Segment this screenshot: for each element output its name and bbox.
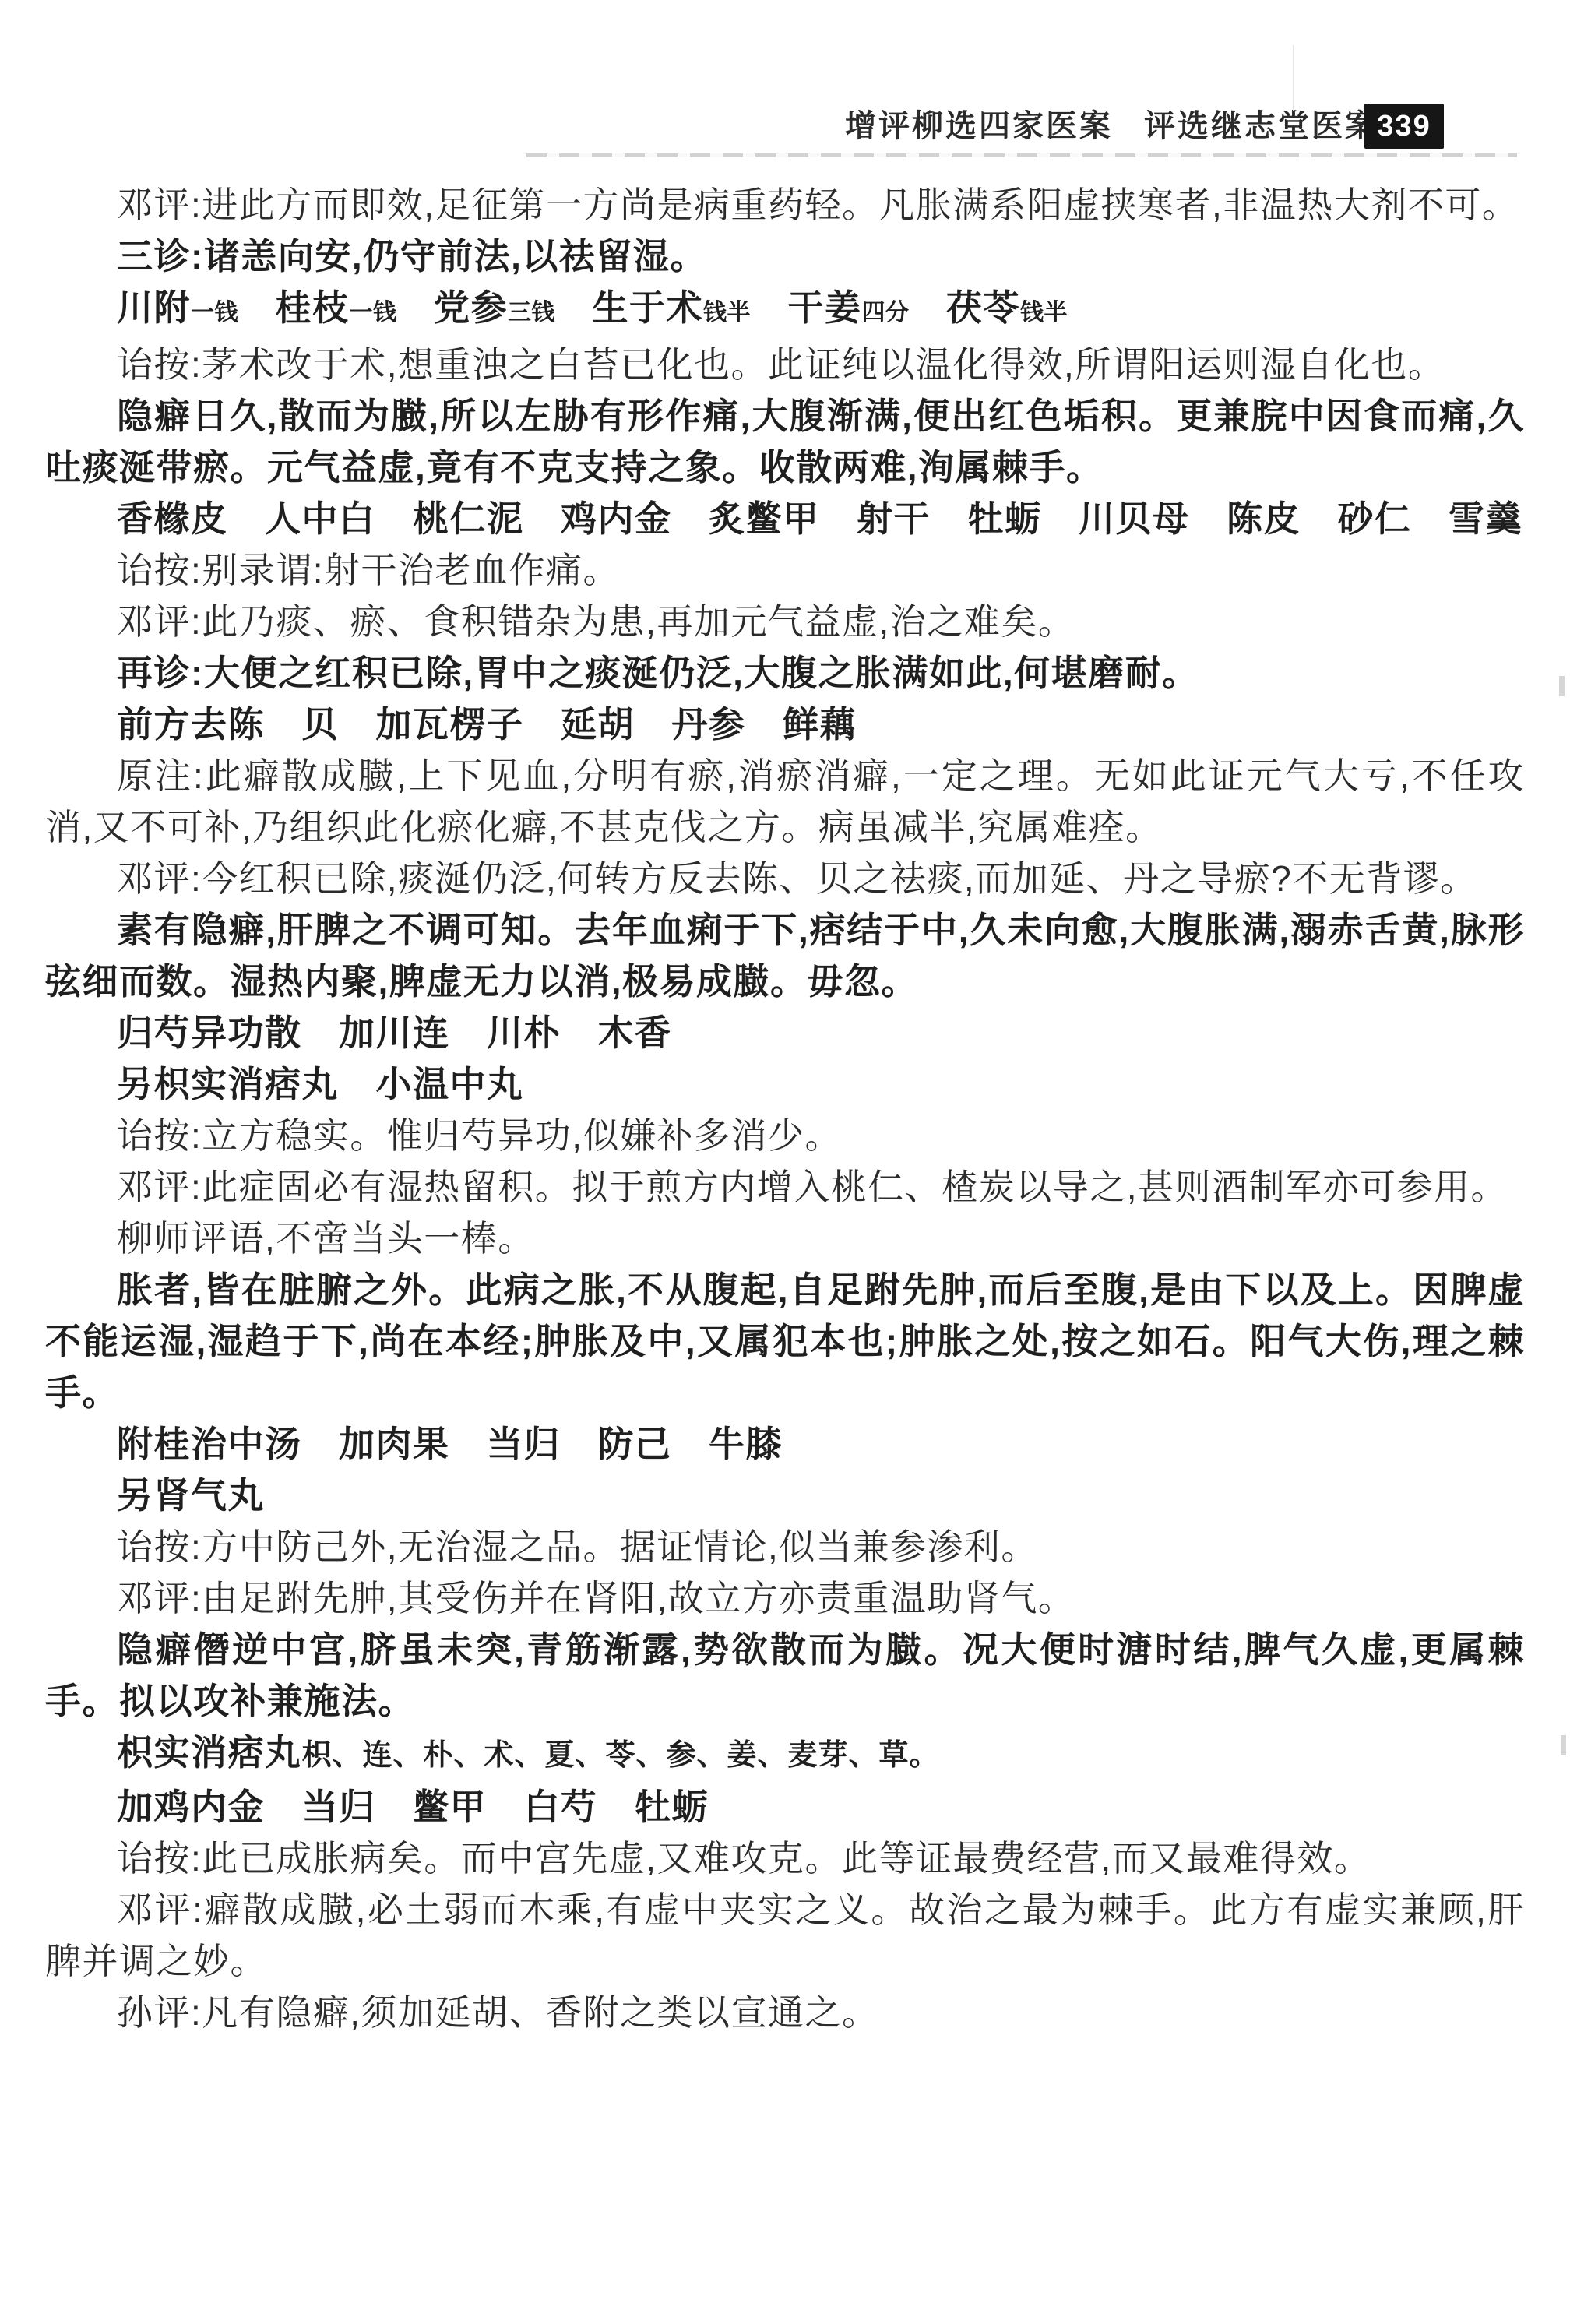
prescription-paragraph: 川附一钱 桂枝一钱 党参三钱 生于术钱半 干姜四分 茯苓钱半 <box>45 282 1525 339</box>
text-run: 党参 <box>397 287 509 328</box>
commentary-paragraph: 邓评:此症固必有湿热留积。拟于煎方内增入桃仁、楂炭以导之,甚则酒制军亦可参用。 <box>45 1161 1525 1213</box>
commentary-paragraph: 邓评:癖散成臌,必土弱而木乘,有虚中夹实之义。故治之最为棘手。此方有虚实兼顾,肝… <box>45 1884 1525 1987</box>
commentary-paragraph: 邓评:进此方而即效,足征第一方尚是病重药轻。凡胀满系阳虚挟寒者,非温热大剂不可。 <box>45 179 1525 231</box>
text-run: 胀者,皆在脏腑之外。此病之胀,不从腹起,自足跗先肿,而后至腹,是由下以及上。因脾… <box>45 1269 1525 1413</box>
text-run: 邓评:此乃痰、瘀、食积错杂为患,再加元气益虚,治之难矣。 <box>117 601 1075 642</box>
text-run: 再诊:大便之红积已除,胃中之痰涎仍泛,大腹之胀满如此,何堪磨耐。 <box>117 653 1199 693</box>
text-run: 诒按:方中防己外,无治湿之品。据证情论,似当兼参渗利。 <box>117 1526 1038 1567</box>
commentary-paragraph: 诒按:立方稳实。惟归芍异功,似嫌补多消少。 <box>45 1110 1525 1161</box>
scan-artifact-tick <box>1559 676 1565 696</box>
text-run: 归芍异功散 加川连 川朴 木香 <box>117 1012 672 1053</box>
case-paragraph: 再诊:大便之红积已除,胃中之痰涎仍泛,大腹之胀满如此,何堪磨耐。 <box>45 647 1525 699</box>
prescription-paragraph: 另肾气丸 <box>45 1470 1525 1521</box>
text-run: 邓评:进此方而即效,足征第一方尚是病重药轻。凡胀满系阳虚挟寒者,非温热大剂不可。 <box>117 185 1519 225</box>
text-run: 隐癖僭逆中宫,脐虽未突,青筋渐露,势欲散而为臌。况大便时溏时结,脾气久虚,更属棘… <box>45 1629 1525 1721</box>
text-run: 邓评:由足跗先肿,其受伤并在肾阳,故立方亦责重温助肾气。 <box>117 1578 1075 1618</box>
text-run: 邓评:此症固必有湿热留积。拟于煎方内增入桃仁、楂炭以导之,甚则酒制军亦可参用。 <box>117 1167 1508 1207</box>
scan-artifact-streak <box>526 153 1517 157</box>
text-run: 三诊:诸恙向安,仍守前法,以祛留湿。 <box>117 236 707 276</box>
text-run: 素有隐癖,肝脾之不调可知。去年血痢于下,痞结于中,久未向愈,大腹胀满,溺赤舌黄,… <box>45 910 1525 1002</box>
commentary-paragraph: 邓评:今红积已除,痰涎仍泛,何转方反去陈、贝之祛痰,而加延、丹之导瘀?不无背谬。 <box>45 853 1525 904</box>
commentary-paragraph: 柳师评语,不啻当头一棒。 <box>45 1213 1525 1264</box>
text-run: 柳师评语,不啻当头一棒。 <box>117 1218 535 1259</box>
text-run: 诒按:立方稳实。惟归芍异功,似嫌补多消少。 <box>117 1115 842 1156</box>
dosage-annotation: 一钱 <box>350 300 397 326</box>
case-paragraph: 胀者,皆在脏腑之外。此病之胀,不从腹起,自足跗先肿,而后至腹,是由下以及上。因脾… <box>45 1264 1525 1418</box>
case-paragraph: 三诊:诸恙向安,仍守前法,以祛留湿。 <box>45 231 1525 282</box>
case-paragraph: 隐癖日久,散而为臌,所以左胁有形作痛,大腹渐满,便出红色垢积。更兼脘中因食而痛,… <box>45 390 1525 493</box>
text-run: 茯苓 <box>910 287 1021 328</box>
scan-artifact-vline <box>1293 45 1294 111</box>
text-run: 香橼皮 人中白 桃仁泥 鸡内金 炙鳖甲 射干 牡蛎 川贝母 陈皮 砂仁 雪羹 <box>117 498 1522 539</box>
prescription-paragraph: 另枳实消痞丸 小温中丸 <box>45 1058 1525 1110</box>
commentary-paragraph: 诒按:别录谓:射干治老血作痛。 <box>45 544 1525 596</box>
scan-artifact-tick <box>1561 1735 1566 1755</box>
commentary-paragraph: 邓评:由足跗先肿,其受伤并在肾阳,故立方亦责重温助肾气。 <box>45 1572 1525 1624</box>
page-body: 邓评:进此方而即效,足征第一方尚是病重药轻。凡胀满系阳虚挟寒者,非温热大剂不可。… <box>45 179 1525 2038</box>
commentary-paragraph: 邓评:此乃痰、瘀、食积错杂为患,再加元气益虚,治之难矣。 <box>45 596 1525 647</box>
book-title: 增评柳选四家医案 <box>845 101 1113 146</box>
case-paragraph: 素有隐癖,肝脾之不调可知。去年血痢于下,痞结于中,久未向愈,大腹胀满,溺赤舌黄,… <box>45 904 1525 1007</box>
text-run: 诒按:别录谓:射干治老血作痛。 <box>117 550 620 590</box>
page-header: 增评柳选四家医案 评选继志堂医案两卷 <box>0 101 1445 146</box>
dosage-annotation: 钱半 <box>1020 300 1068 326</box>
text-run: 前方去陈 贝 加瓦楞子 延胡 丹参 鲜藕 <box>117 704 857 745</box>
commentary-paragraph: 诒按:此已成胀病矣。而中宫先虚,又难攻克。此等证最费经营,而又最难得效。 <box>45 1833 1525 1884</box>
text-run: 诒按:茅术改于术,想重浊之白苔已化也。此证纯以温化得效,所谓阳运则湿自化也。 <box>117 344 1445 385</box>
prescription-paragraph: 前方去陈 贝 加瓦楞子 延胡 丹参 鲜藕 <box>45 699 1525 750</box>
text-run: 枳实消痞丸 <box>117 1732 302 1773</box>
commentary-paragraph: 诒按:茅术改于术,想重浊之白苔已化也。此证纯以温化得效,所谓阳运则湿自化也。 <box>45 339 1525 390</box>
commentary-paragraph: 孙评:凡有隐癖,须加延胡、香附之类以宣通之。 <box>45 1987 1525 2038</box>
prescription-paragraph: 枳实消痞丸枳、连、朴、术、夏、苓、参、姜、麦芽、草。 <box>45 1727 1525 1781</box>
text-run: 原注:此癖散成臌,上下见血,分明有瘀,消瘀消癖,一定之理。无如此证元气大亏,不任… <box>45 755 1525 847</box>
text-run: 桂枝 <box>238 287 350 328</box>
case-paragraph: 隐癖僭逆中宫,脐虽未突,青筋渐露,势欲散而为臌。况大便时溏时结,脾气久虚,更属棘… <box>45 1624 1525 1727</box>
commentary-paragraph: 诒按:方中防己外,无治湿之品。据证情论,似当兼参渗利。 <box>45 1521 1525 1572</box>
prescription-paragraph: 加鸡内金 当归 鳖甲 白芍 牡蛎 <box>45 1781 1525 1833</box>
ingredient-note: 枳、连、朴、术、夏、苓、参、姜、麦芽、草。 <box>302 1739 940 1772</box>
text-run: 隐癖日久,散而为臌,所以左胁有形作痛,大腹渐满,便出红色垢积。更兼脘中因食而痛,… <box>45 396 1525 488</box>
text-run: 加鸡内金 当归 鳖甲 白芍 牡蛎 <box>117 1787 709 1827</box>
commentary-paragraph: 原注:此癖散成臌,上下见血,分明有瘀,消瘀消癖,一定之理。无如此证元气大亏,不任… <box>45 750 1525 853</box>
text-run: 生于术 <box>555 287 703 328</box>
dosage-annotation: 三钱 <box>508 300 555 326</box>
text-run: 川附 <box>117 287 191 328</box>
text-run: 诒按:此已成胀病矣。而中宫先虚,又难攻克。此等证最费经营,而又最难得效。 <box>117 1838 1371 1879</box>
dosage-annotation: 钱半 <box>703 300 751 326</box>
page-number-badge: 339 <box>1364 104 1444 149</box>
text-run: 邓评:癖散成臌,必土弱而木乘,有虚中夹实之义。故治之最为棘手。此方有虚实兼顾,肝… <box>45 1889 1525 1981</box>
dosage-annotation: 四分 <box>862 300 910 326</box>
text-run: 孙评:凡有隐癖,须加延胡、香附之类以宣通之。 <box>117 1992 879 2033</box>
text-run: 干姜 <box>751 287 862 328</box>
running-title: 增评柳选四家医案 评选继志堂医案两卷 <box>845 101 1445 146</box>
text-run: 附桂治中汤 加肉果 当归 防己 牛膝 <box>117 1424 783 1464</box>
prescription-paragraph: 归芍异功散 加川连 川朴 木香 <box>45 1007 1525 1058</box>
text-run: 另枳实消痞丸 小温中丸 <box>117 1064 524 1104</box>
text-run: 邓评:今红积已除,痰涎仍泛,何转方反去陈、贝之祛痰,而加延、丹之导瘀?不无背谬。 <box>117 858 1477 899</box>
prescription-paragraph: 附桂治中汤 加肉果 当归 防己 牛膝 <box>45 1418 1525 1470</box>
text-run: 另肾气丸 <box>117 1475 265 1516</box>
dosage-annotation: 一钱 <box>191 300 238 326</box>
prescription-paragraph: 香橼皮 人中白 桃仁泥 鸡内金 炙鳖甲 射干 牡蛎 川贝母 陈皮 砂仁 雪羹 <box>45 493 1525 544</box>
